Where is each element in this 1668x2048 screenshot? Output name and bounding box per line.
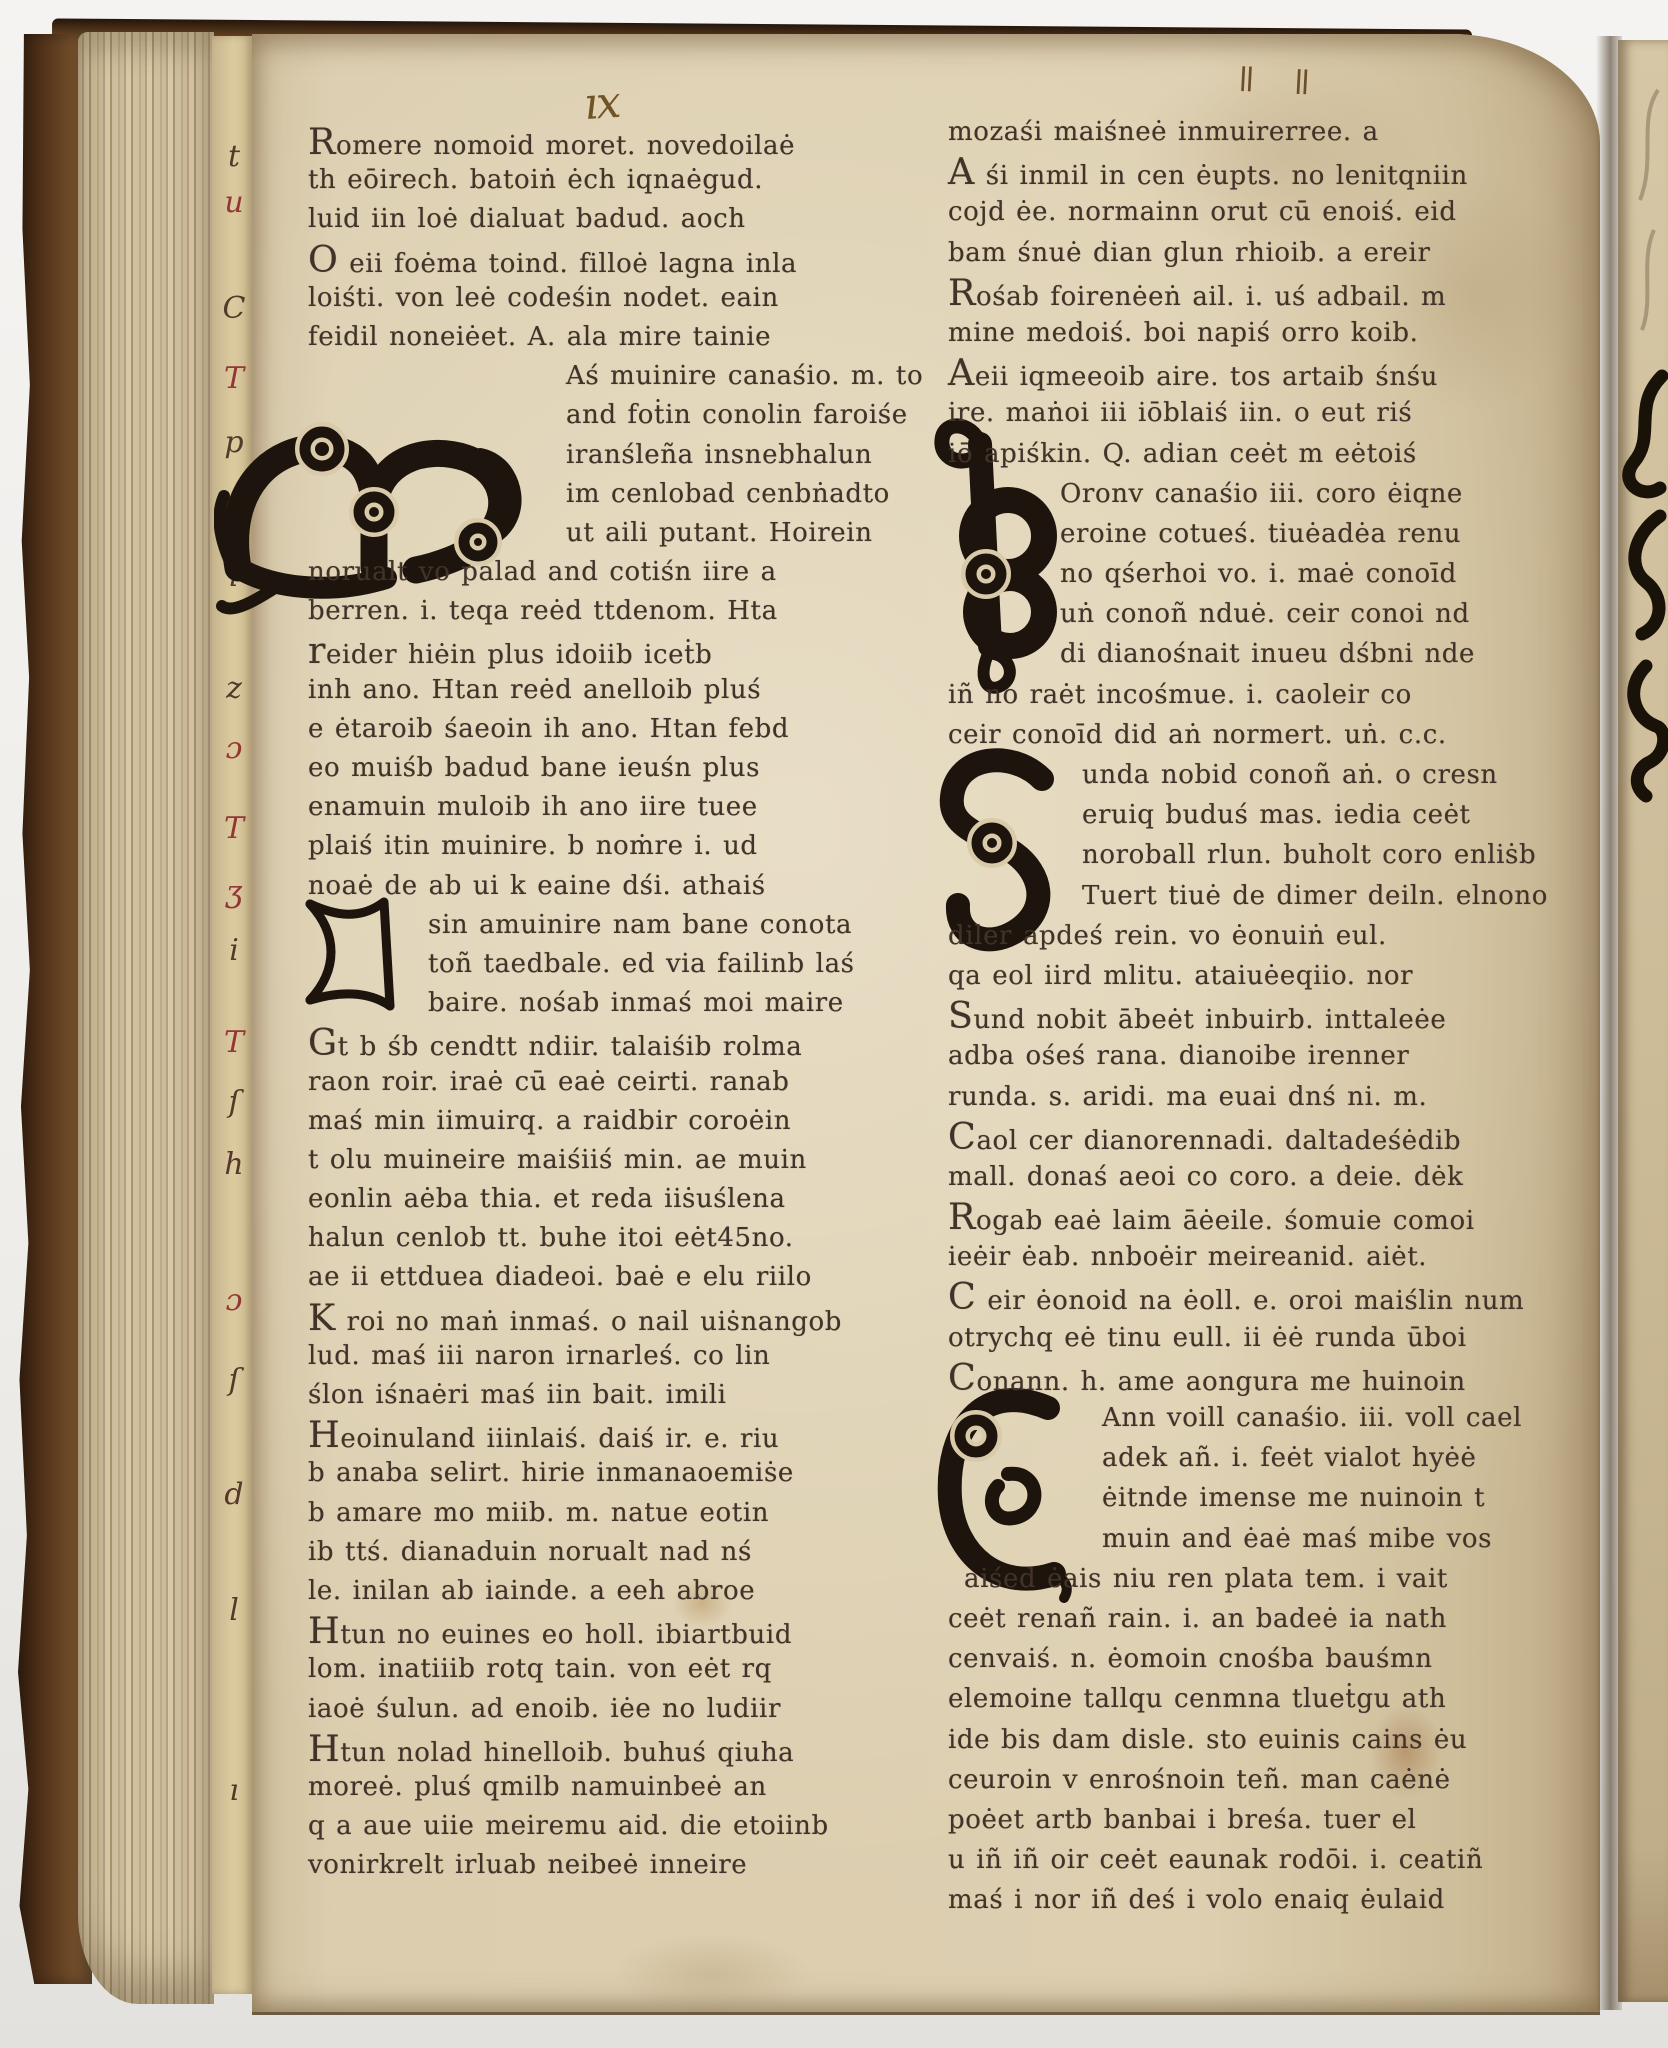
manuscript-text-line: maś i nor iñ deś i volo enaiq ėulaid (948, 1880, 1548, 1920)
manuscript-text-line: poėet artb banbai i breśa. tuer el (948, 1800, 1548, 1840)
manuscript-text-line: inh ano. Htan reėd anelloib pluś (308, 671, 923, 710)
manuscript-text-line: ut aili putant. Hoirein (308, 514, 923, 553)
manuscript-text-line: e ėtaroib śaeoin ih ano. Htan febd (308, 710, 923, 749)
manuscript-text-line: Rogab eaė laim āėeile. śomuie comoi (948, 1197, 1548, 1237)
margin-letter: ı (216, 1776, 252, 1806)
margin-letter: l (216, 1596, 252, 1626)
manuscript-text-line: ceuroin v enrośnoin teñ. man caėnė (948, 1760, 1548, 1800)
manuscript-text-line: iaoė śulun. ad enoib. iėe no ludiir (308, 1690, 923, 1729)
manuscript-text-line: sin amuinire nam bane conota (308, 906, 923, 945)
margin-letter: ɔ (216, 1286, 252, 1316)
manuscript-text-line: vonirkrelt irluab neibeė inneire (308, 1846, 923, 1885)
manuscript-text-line: mall. donaś aeoi co coro. a deie. dėk (948, 1157, 1548, 1197)
manuscript-text-line: lud. maś iii naron irnarleś. co lin (308, 1337, 923, 1376)
manuscript-page: ıx ǁ ǁ (252, 34, 1600, 2015)
manuscript-text-line: Htun nolad hinelloib. buhuś qiuha (308, 1729, 923, 1768)
pen-trial-marks: ǁ ǁ (1237, 60, 1325, 104)
manuscript-text-line: im cenlobad cenbṅadto (308, 475, 923, 514)
margin-letter: ɔ (216, 734, 252, 764)
margin-letter: t (216, 142, 252, 172)
manuscript-text-line: eroine cotueś. tiuėadėa renu (948, 514, 1548, 554)
manuscript-text-line: Ann voill canaśio. iii. voll cael (948, 1398, 1548, 1438)
margin-letter: i (216, 936, 252, 966)
manuscript-text-line: ib ttś. dianaduin norualt nad nś (308, 1533, 923, 1572)
margin-letter: h (216, 1150, 252, 1180)
manuscript-text-line: bam śnuė dian glun rhioib. a ereir (948, 233, 1548, 273)
manuscript-text-line: Sund nobit ābeėt inbuirb. inttaleėe (948, 996, 1548, 1036)
right-text-column: mozaśi maiśneė inmuirerree. aA śi inmil … (948, 112, 1548, 1920)
manuscript-text-line: toñ taedbale. ed via failinb laś (308, 945, 923, 984)
manuscript-text-line: iñ no raėt incośmue. i. caoleir co (948, 675, 1548, 715)
manuscript-text-line: Gt b śb cendtt ndiir. talaiśib rolma (308, 1023, 923, 1062)
manuscript-photo: tuCTpdlzɔTʒiTſhɔſdlı ıx ǁ ǁ (0, 0, 1668, 2048)
manuscript-text-line: enamuin muloib ih ano iire tuee (308, 788, 923, 827)
manuscript-text-line: diler apdeś rein. vo ėonuiṅ eul. (948, 916, 1548, 956)
manuscript-text-line: Rośab foirenėeṅ ail. i. uś adbail. m (948, 273, 1548, 313)
manuscript-text-line: mozaśi maiśneė inmuirerree. a (948, 112, 1548, 152)
manuscript-text-line: ślon iśnaėri maś iin bait. imili (308, 1376, 923, 1415)
margin-letter: ſ (216, 1088, 252, 1118)
left-text-column: Romere nomoid moret. novedoilaėth eōirec… (308, 122, 923, 1885)
manuscript-text-line: norualt vo palad and cotiśn iire a (308, 553, 923, 592)
manuscript-text-line: Conann. h. ame aongura me huinoin (948, 1358, 1548, 1398)
manuscript-text-line: adba ośeś rana. dianoibe irenner (948, 1036, 1548, 1076)
manuscript-text-line: eonlin aėba thia. et reda iiṡuślena (308, 1180, 923, 1219)
manuscript-text-line: luid iin loė dialuat badud. aoch (308, 200, 923, 239)
manuscript-text-line: raon roir. iraė cū eaė ceirti. ranab (308, 1063, 923, 1102)
partial-knotwork-initial (1618, 366, 1668, 836)
manuscript-text-line: O eii foėma toind. filloė lagna inla (308, 240, 923, 279)
manuscript-text-line: b anaba selirt. hirie inmanaoemiṡe (308, 1454, 923, 1493)
manuscript-text-line: unda nobid conoñ aṅ. o cresn (948, 755, 1548, 795)
manuscript-text-line: eo muiśb badud bane ieuśn plus (308, 749, 923, 788)
manuscript-text-line: plaiś itin muinire. b noṁre i. ud (308, 827, 923, 866)
manuscript-text-line: muin and ėaė maś mibe vos (948, 1519, 1548, 1559)
manuscript-text-line: ae ii ettduea diadeoi. baė e elu riilo (308, 1258, 923, 1297)
manuscript-text-line: iō apiśkin. Q. adian ceėt m eėtoiś (948, 434, 1548, 474)
manuscript-text-line: iranśleña insnebhalun (308, 436, 923, 475)
manuscript-text-line: ėitnde imense me nuinoin t (948, 1478, 1548, 1518)
manuscript-text-line: and foṫin conolin faroiśe (308, 396, 923, 435)
manuscript-text-line: noroball rlun. buholt coro enliṡb (948, 835, 1548, 875)
manuscript-text-line: le. inilan ab iainde. a eeh abroe (308, 1572, 923, 1611)
margin-letter: C (216, 294, 252, 324)
margin-letter: z (216, 674, 252, 704)
manuscript-text-line: runda. s. aridi. ma euai dnś ni. m. (948, 1077, 1548, 1117)
manuscript-text-line: adek añ. i. feėt vialot hyėė (948, 1438, 1548, 1478)
manuscript-text-line: baire. nośab inmaś moi maire (308, 984, 923, 1023)
manuscript-text-line: cojd ėe. normainn orut cū enoiś. eid (948, 192, 1548, 232)
manuscript-text-line: aiśed ėais niu ren plata tem. i vait (948, 1559, 1548, 1599)
manuscript-text-line: t olu muineire maiśiiś min. ae muin (308, 1141, 923, 1180)
manuscript-text-line: ide bis dam disle. sto euinis cains ėu (948, 1720, 1548, 1760)
manuscript-text-line: q a aue uiie meiremu aid. die etoiinb (308, 1807, 923, 1846)
manuscript-text-line: ire. maṅoi iii iōblaiś iin. o eut riś (948, 393, 1548, 433)
margin-letter: u (216, 188, 252, 218)
manuscript-text-line: halun cenlob tt. buhe itoi eėt45no. (308, 1219, 923, 1258)
faint-showthrough-marks (1618, 80, 1668, 340)
page-edges-stack (78, 32, 214, 2004)
manuscript-text-line: K roi no maṅ inmaś. o nail uiṡnangob (308, 1298, 923, 1337)
manuscript-text-line: u iñ iñ oir ceėt eaunak rodōi. i. ceatiñ (948, 1840, 1548, 1880)
adjacent-page-edge (1618, 40, 1668, 2002)
manuscript-text-line: lom. inatiiib rotq tain. von eėt rq (308, 1650, 923, 1689)
margin-letter: ʒ (216, 878, 252, 908)
margin-letter: T (216, 814, 252, 844)
manuscript-text-line: no qśerhoi vo. i. maė conoīd (948, 554, 1548, 594)
margin-letter: ſ (216, 1366, 252, 1396)
manuscript-text-line: th eōirech. batoiṅ ėch iqnaėgud. (308, 161, 923, 200)
manuscript-text-line: Heoinuland iiinlaiś. daiś ir. e. riu (308, 1415, 923, 1454)
manuscript-text-line: Aś muinire canaśio. m. to (308, 357, 923, 396)
manuscript-text-line: berren. i. teqa reėd ttdenom. Hta (308, 592, 923, 631)
parchment-stain (612, 1934, 812, 2014)
underlying-page-strip: tuCTpdlzɔTʒiTſhɔſdlı (212, 36, 254, 1994)
margin-letter: T (216, 1028, 252, 1058)
manuscript-text-line: ieėir ėab. nnboėir meireanid. aiėt. (948, 1237, 1548, 1277)
manuscript-text-line: mine medoiś. boi napiś orro koib. (948, 313, 1548, 353)
manuscript-text-line: C eir ėonoid na ėoll. e. oroi maiślin nu… (948, 1277, 1548, 1317)
manuscript-text-line: Tuert tiuė de dimer deiln. elnono (948, 876, 1548, 916)
manuscript-text-line: elemoine tallqu cenmna tlueṫgu ath (948, 1679, 1548, 1719)
manuscript-text-line: eruiq buduś mas. iedia ceėt (948, 795, 1548, 835)
manuscript-text-line: Romere nomoid moret. novedoilaė (308, 122, 923, 161)
manuscript-text-line: b amare mo miib. m. natue eotin (308, 1494, 923, 1533)
manuscript-text-line: Oronv canaśio iii. coro ėiqne (948, 474, 1548, 514)
manuscript-text-line: Htun no euines eo holl. ibiartbuid (308, 1611, 923, 1650)
manuscript-text-line: A śi inmil in cen ėupts. no lenitqniin (948, 152, 1548, 192)
manuscript-text-line: ceėt renañ rain. i. an badeė ia nath (948, 1599, 1548, 1639)
manuscript-text-line: otrychq eė tinu eull. ii ėė runda ūboi (948, 1318, 1548, 1358)
manuscript-text-line: feidil noneiėet. A. ala mire tainie (308, 318, 923, 357)
manuscript-text-line: noaė de ab ui k eaine dśi. athaiś (308, 867, 923, 906)
manuscript-text-line: loiśti. von leė codeśin nodet. eain (308, 279, 923, 318)
manuscript-text-line: maś min iimuirq. a raidbir coroėin (308, 1102, 923, 1141)
manuscript-text-line: reider hiėin plus idoiib iceṫb (308, 631, 923, 670)
manuscript-text-line: qa eol iird mlitu. ataiuėeqiio. nor (948, 956, 1548, 996)
margin-letter: d (216, 1480, 252, 1510)
manuscript-text-line: Caol cer dianorennadi. daltadeśėdib (948, 1117, 1548, 1157)
manuscript-text-line: moreė. pluś qmilb namuinbeė an (308, 1768, 923, 1807)
manuscript-text-line: cenvaiś. n. ėomoin cnośba bauśmn (948, 1639, 1548, 1679)
margin-letter: T (216, 364, 252, 394)
manuscript-text-line: uṅ conoñ nduė. ceir conoi nd (948, 594, 1548, 634)
manuscript-text-line: Aeii iqmeeoib aire. tos artaib śnśu (948, 353, 1548, 393)
manuscript-text-line: ceir conoīd did aṅ normert. uṅ. c.c. (948, 715, 1548, 755)
manuscript-text-line: di dianośnait inueu dśbni nde (948, 634, 1548, 674)
